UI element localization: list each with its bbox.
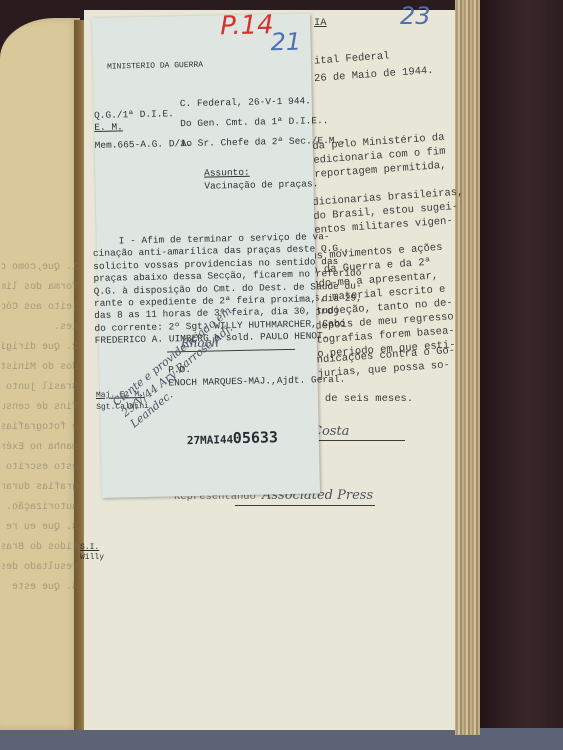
memo-ref-2: E. M. [94, 121, 123, 134]
header-fragment: IA [314, 16, 327, 30]
bleed-line: 1. Que,como c [2, 258, 78, 278]
signature-underline [305, 440, 405, 441]
page-number-red: P.14 [220, 10, 274, 41]
subject-text: Vacinação de praças. [204, 178, 318, 191]
bleed-line: e fotografias d [2, 418, 78, 438]
page-number-blue-main: 23 [400, 2, 431, 30]
signature-underline [235, 505, 375, 506]
left-page-bleedthrough: 1. Que,como c forma dos limi jeito aos C… [2, 258, 78, 598]
memo-place-date: C. Federal, 26-V-1 944. [180, 95, 311, 110]
memo-ref-1: Q.G./1ª D.I.E. [94, 108, 174, 122]
bleed-line: resultado deste [2, 558, 78, 578]
bleed-line: fins de censu [2, 398, 78, 418]
wood-table-background [470, 0, 563, 750]
bleed-line: 3. Que eu re [2, 518, 78, 538]
memo-from: Do Gen. Cmt. da 1ª D.I.E.. [180, 115, 328, 131]
bleed-line: esto escrito o [2, 458, 78, 478]
bleed-line: manha no Exérc [2, 438, 78, 458]
bleed-line: grafias durante [2, 478, 78, 498]
margin-note: Willy [80, 552, 104, 564]
subject-label: Assunto: [204, 167, 250, 179]
memo-subject: Assunto: Vacinação de praças. [181, 153, 319, 205]
bleed-line: jeito aos Códi [2, 298, 78, 318]
stacked-page-edges [455, 0, 480, 735]
bleed-line: autorização. [2, 498, 78, 518]
bleed-line: tes. [2, 318, 78, 338]
stamp-date: 27MAI44 [187, 433, 234, 447]
attached-memo-slip: P.14 21 MINISTERIO DA GUERRA Q.G./1ª D.I… [92, 13, 320, 497]
page-number-blue-slip: 21 [270, 28, 301, 57]
ministry-header: MINISTERIO DA GUERRA [107, 60, 203, 74]
bleed-line: 4. Que este [2, 578, 78, 598]
bleed-line: forma dos limi [2, 278, 78, 298]
bleed-line: tidos do Brasi [2, 538, 78, 558]
memo-ref-3: Mem.665-A.G. D/1. [95, 138, 192, 152]
bleed-line: Brasil junto a [2, 378, 78, 398]
bleed-line: 2. Que dirigi [2, 338, 78, 358]
bleed-line: dos do Ministé [2, 358, 78, 378]
stamp-number: 05633 [233, 428, 279, 447]
